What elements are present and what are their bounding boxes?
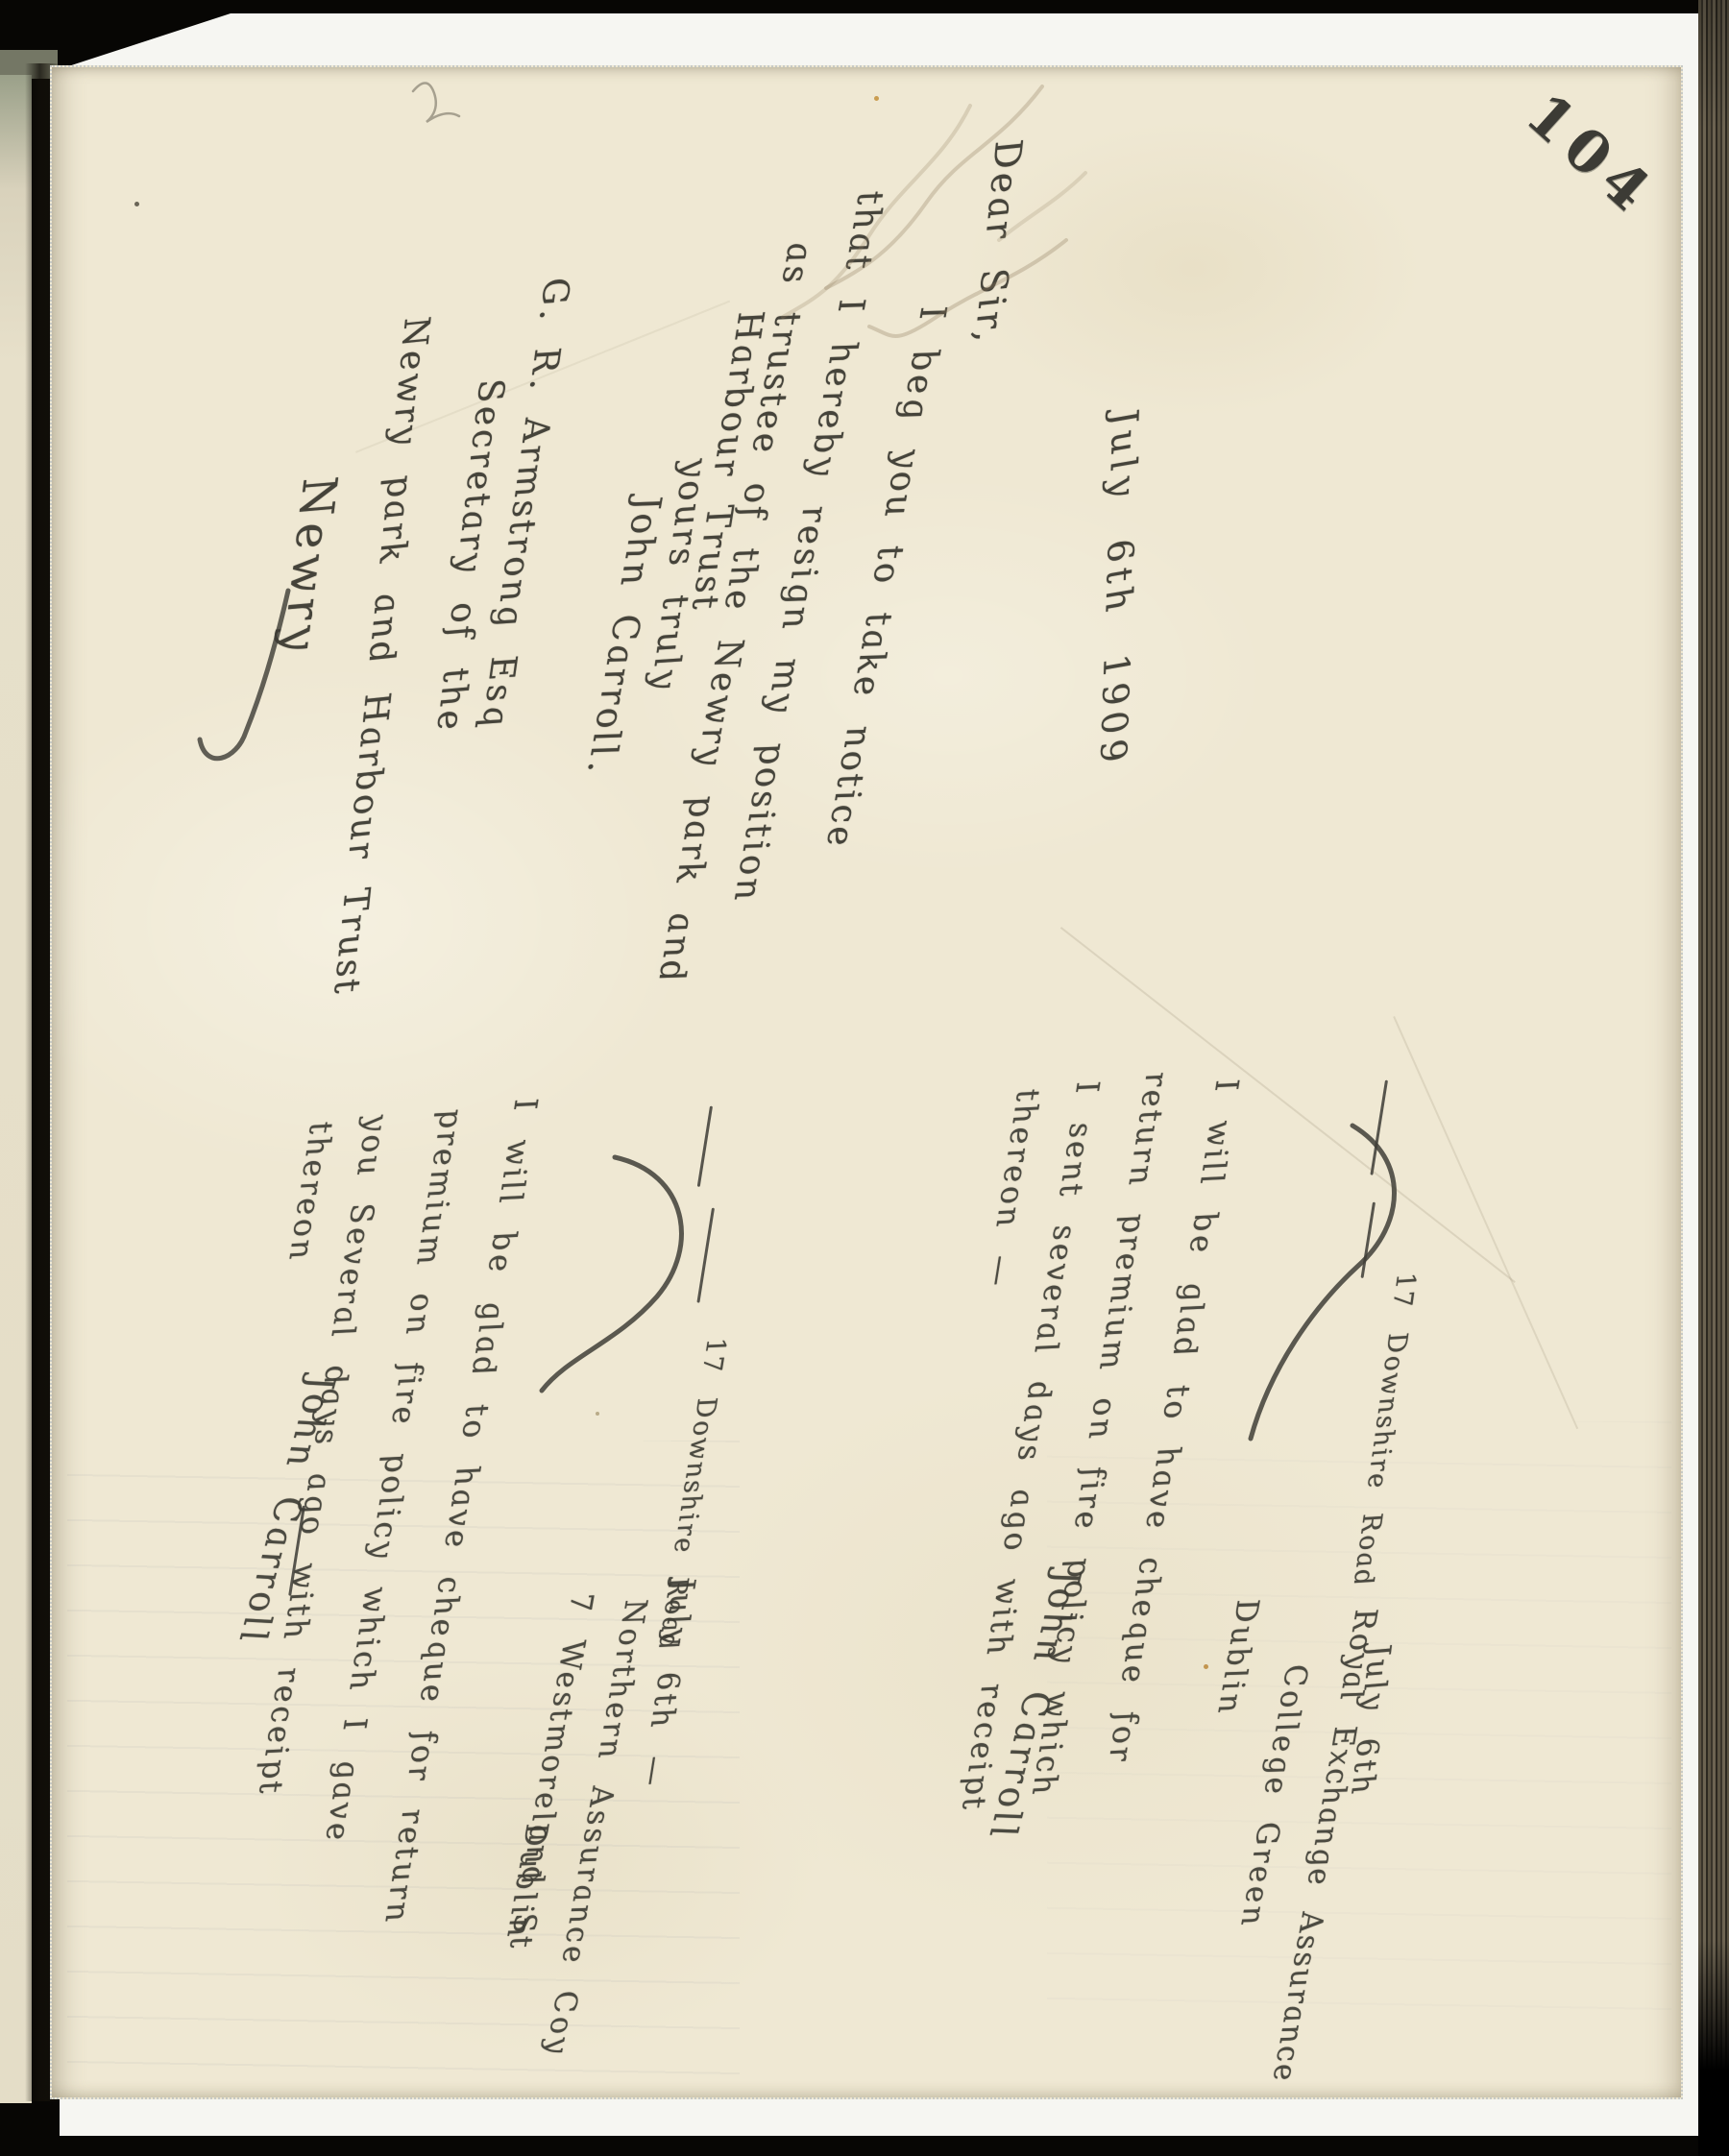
paper-speck xyxy=(874,96,879,101)
letterbook-page xyxy=(50,65,1683,2099)
paper-speck xyxy=(1204,1664,1208,1669)
paper-speck xyxy=(134,202,139,206)
book-fore-edge xyxy=(1698,0,1729,2156)
scanned-letterbook-photo: 104 July 6th 1909 Dear Sir, I beg you to… xyxy=(0,0,1729,2156)
paper-speck xyxy=(596,1412,599,1416)
